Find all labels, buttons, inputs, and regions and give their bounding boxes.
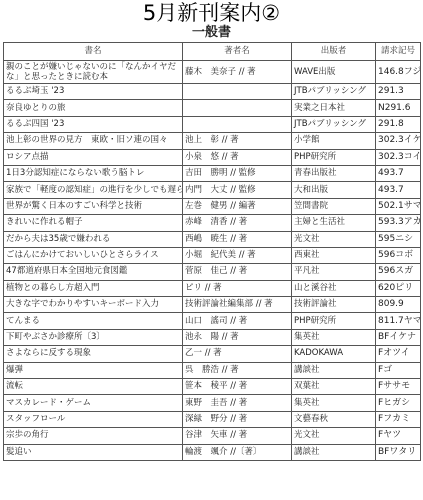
page-title: 5月新刊案内② bbox=[0, 0, 423, 26]
table-row: スタッフロール深緑 野分 // 著文藝春秋Fフカミ bbox=[4, 411, 421, 427]
author-cell: 吉田 勝明 // 監修 bbox=[183, 165, 292, 181]
call-number-cell: 302.3コイ bbox=[376, 149, 421, 165]
table-row: 流転笹本 稜平 // 著双葉社Fササモ bbox=[4, 379, 421, 395]
author-cell: 藤木 美奈子 // 著 bbox=[183, 61, 292, 84]
table-row: 世界が驚く日本のすごい科学と技術左巻 健男 // 編著笠間書院502.1サマ bbox=[4, 198, 421, 214]
table-row: だから夫は35歳で嫌われる西嶋 暁生 // 著光文社595ニシ bbox=[4, 231, 421, 247]
book-title-cell: マスカレード・ゲーム bbox=[4, 395, 183, 411]
author-cell: 西嶋 暁生 // 著 bbox=[183, 231, 292, 247]
call-number-cell: 302.3イケ bbox=[376, 133, 421, 149]
author-cell: 小堀 紀代美 // 著 bbox=[183, 247, 292, 263]
table-row: ロシア点描小泉 悠 // 著PHP研究所302.3コイ bbox=[4, 149, 421, 165]
call-number-cell: 595ニシ bbox=[376, 231, 421, 247]
publisher-cell: 講談社 bbox=[292, 444, 376, 460]
publisher-cell: 小学館 bbox=[292, 133, 376, 149]
author-cell: 赤峰 清香 // 著 bbox=[183, 215, 292, 231]
table-row: てんまる山口 謠司 // 著PHP研究所811.7ヤマ bbox=[4, 313, 421, 329]
table-row: 家族で「軽度の認知症」の進行を少しでも遅らせる本内門 大丈 // 監修大和出版4… bbox=[4, 182, 421, 198]
book-title-cell: 親のことが嫌いじゃないのに「なんかイヤだな」と思ったときに読む本 bbox=[4, 61, 183, 84]
call-number-cell: 620ピリ bbox=[376, 280, 421, 296]
publisher-cell: 山と溪谷社 bbox=[292, 280, 376, 296]
publisher-cell: KADOKAWA bbox=[292, 346, 376, 362]
header-title: 書名 bbox=[4, 43, 183, 61]
header-call-number: 請求記号 bbox=[376, 43, 421, 61]
publisher-cell: 集英社 bbox=[292, 395, 376, 411]
book-title-cell: るるぶ四国 '23 bbox=[4, 116, 183, 132]
call-number-cell: 809.9 bbox=[376, 297, 421, 313]
header-author: 著者名 bbox=[183, 43, 292, 61]
book-title-cell: 47都道府県日本全国地元食図鑑 bbox=[4, 264, 183, 280]
author-cell: 谷津 矢車 // 著 bbox=[183, 428, 292, 444]
author-cell: 笹本 稜平 // 著 bbox=[183, 379, 292, 395]
author-cell: 乙一 // 著 bbox=[183, 346, 292, 362]
author-cell bbox=[183, 100, 292, 116]
call-number-cell: N291.6 bbox=[376, 100, 421, 116]
table-row: 親のことが嫌いじゃないのに「なんかイヤだな」と思ったときに読む本藤木 美奈子 /… bbox=[4, 61, 421, 84]
publisher-cell: 西東社 bbox=[292, 247, 376, 263]
publisher-cell: 大和出版 bbox=[292, 182, 376, 198]
call-number-cell: 502.1サマ bbox=[376, 198, 421, 214]
book-title-cell: ごはんにかけておいしいひとさらライス bbox=[4, 247, 183, 263]
publisher-cell: 双葉社 bbox=[292, 379, 376, 395]
new-books-table: 書名 著者名 出版者 請求記号 親のことが嫌いじゃないのに「なんかイヤだな」と思… bbox=[3, 42, 421, 461]
table-row: 爆弾呉 勝浩 // 著講談社Fゴ bbox=[4, 362, 421, 378]
table-body: 親のことが嫌いじゃないのに「なんかイヤだな」と思ったときに読む本藤木 美奈子 /… bbox=[4, 61, 421, 461]
author-cell: 左巻 健男 // 編著 bbox=[183, 198, 292, 214]
table-row: マスカレード・ゲーム東野 圭吾 // 著集英社Fヒガシ bbox=[4, 395, 421, 411]
publisher-cell: 光文社 bbox=[292, 428, 376, 444]
table-row: 下町やぶさか診療所〔3〕池永 陽 // 著集英社BFイケナ bbox=[4, 329, 421, 345]
publisher-cell: PHP研究所 bbox=[292, 149, 376, 165]
book-title-cell: 家族で「軽度の認知症」の進行を少しでも遅らせる本 bbox=[4, 182, 183, 198]
call-number-cell: Fゴ bbox=[376, 362, 421, 378]
call-number-cell: 596スガ bbox=[376, 264, 421, 280]
author-cell: 菅原 佳己 // 著 bbox=[183, 264, 292, 280]
book-title-cell: 世界が驚く日本のすごい科学と技術 bbox=[4, 198, 183, 214]
book-title-cell: 下町やぶさか診療所〔3〕 bbox=[4, 329, 183, 345]
call-number-cell: Fササモ bbox=[376, 379, 421, 395]
book-title-cell: きれいに作れる帽子 bbox=[4, 215, 183, 231]
call-number-cell: 291.3 bbox=[376, 84, 421, 100]
book-title-cell: さよならに反する現象 bbox=[4, 346, 183, 362]
author-cell bbox=[183, 84, 292, 100]
publisher-cell: WAVE出版 bbox=[292, 61, 376, 84]
call-number-cell: 811.7ヤマ bbox=[376, 313, 421, 329]
call-number-cell: 493.7 bbox=[376, 165, 421, 181]
author-cell: 呉 勝浩 // 著 bbox=[183, 362, 292, 378]
table-row: 奈良ゆとりの旅実業之日本社N291.6 bbox=[4, 100, 421, 116]
author-cell: ピリ // 著 bbox=[183, 280, 292, 296]
publisher-cell: 光文社 bbox=[292, 231, 376, 247]
call-number-cell: Fフカミ bbox=[376, 411, 421, 427]
table-row: るるぶ埼玉 '23JTBパブリッシング291.3 bbox=[4, 84, 421, 100]
call-number-cell: 596コボ bbox=[376, 247, 421, 263]
publisher-cell: JTBパブリッシング bbox=[292, 84, 376, 100]
author-cell: 山口 謠司 // 著 bbox=[183, 313, 292, 329]
table-row: 髪追い輪渡 颯介 //〔著〕講談社BFワタリ bbox=[4, 444, 421, 460]
table-row: るるぶ四国 '23JTBパブリッシング291.8 bbox=[4, 116, 421, 132]
book-title-cell: 池上彰の世界の見方 東欧・旧ソ連の国々 bbox=[4, 133, 183, 149]
table-row: 宗歩の角行谷津 矢車 // 著光文社Fヤツ bbox=[4, 428, 421, 444]
call-number-cell: 593.3アカ bbox=[376, 215, 421, 231]
publisher-cell: 講談社 bbox=[292, 362, 376, 378]
publisher-cell: 文藝春秋 bbox=[292, 411, 376, 427]
book-title-cell: てんまる bbox=[4, 313, 183, 329]
call-number-cell: Fヒガシ bbox=[376, 395, 421, 411]
publisher-cell: 技術評論社 bbox=[292, 297, 376, 313]
author-cell: 輪渡 颯介 //〔著〕 bbox=[183, 444, 292, 460]
call-number-cell: BFイケナ bbox=[376, 329, 421, 345]
table-row: 池上彰の世界の見方 東欧・旧ソ連の国々池上 彰 // 著小学館302.3イケ bbox=[4, 133, 421, 149]
call-number-cell: 291.8 bbox=[376, 116, 421, 132]
author-cell: 東野 圭吾 // 著 bbox=[183, 395, 292, 411]
author-cell: 内門 大丈 // 監修 bbox=[183, 182, 292, 198]
book-title-cell: ロシア点描 bbox=[4, 149, 183, 165]
author-cell bbox=[183, 116, 292, 132]
publisher-cell: 笠間書院 bbox=[292, 198, 376, 214]
table-row: 47都道府県日本全国地元食図鑑菅原 佳己 // 著平凡社596スガ bbox=[4, 264, 421, 280]
table-row: さよならに反する現象乙一 // 著KADOKAWAFオツイ bbox=[4, 346, 421, 362]
publisher-cell: 青春出版社 bbox=[292, 165, 376, 181]
book-title-cell: 髪追い bbox=[4, 444, 183, 460]
publisher-cell: 平凡社 bbox=[292, 264, 376, 280]
call-number-cell: Fヤツ bbox=[376, 428, 421, 444]
table-row: ごはんにかけておいしいひとさらライス小堀 紀代美 // 著西東社596コボ bbox=[4, 247, 421, 263]
book-title-cell: るるぶ埼玉 '23 bbox=[4, 84, 183, 100]
table-row: 植物との暮らし方超入門ピリ // 著山と溪谷社620ピリ bbox=[4, 280, 421, 296]
publisher-cell: 主婦と生活社 bbox=[292, 215, 376, 231]
book-title-cell: 1日3分認知症にならない歌う脳トレ bbox=[4, 165, 183, 181]
call-number-cell: BFワタリ bbox=[376, 444, 421, 460]
table-row: 1日3分認知症にならない歌う脳トレ吉田 勝明 // 監修青春出版社493.7 bbox=[4, 165, 421, 181]
publisher-cell: PHP研究所 bbox=[292, 313, 376, 329]
header-publisher: 出版者 bbox=[292, 43, 376, 61]
book-title-cell: 流転 bbox=[4, 379, 183, 395]
book-title-cell: 大きな字でわかりやすいキーボード入力 bbox=[4, 297, 183, 313]
table-row: 大きな字でわかりやすいキーボード入力技術評論社編集部 // 著技術評論社809.… bbox=[4, 297, 421, 313]
book-title-cell: 植物との暮らし方超入門 bbox=[4, 280, 183, 296]
author-cell: 池上 彰 // 著 bbox=[183, 133, 292, 149]
book-title-cell: 爆弾 bbox=[4, 362, 183, 378]
section-subtitle: 一般書 bbox=[0, 25, 423, 41]
author-cell: 技術評論社編集部 // 著 bbox=[183, 297, 292, 313]
author-cell: 小泉 悠 // 著 bbox=[183, 149, 292, 165]
book-title-cell: だから夫は35歳で嫌われる bbox=[4, 231, 183, 247]
publisher-cell: 実業之日本社 bbox=[292, 100, 376, 116]
publisher-cell: 集英社 bbox=[292, 329, 376, 345]
book-title-cell: 宗歩の角行 bbox=[4, 428, 183, 444]
call-number-cell: 146.8フジ bbox=[376, 61, 421, 84]
table-row: きれいに作れる帽子赤峰 清香 // 著主婦と生活社593.3アカ bbox=[4, 215, 421, 231]
author-cell: 池永 陽 // 著 bbox=[183, 329, 292, 345]
author-cell: 深緑 野分 // 著 bbox=[183, 411, 292, 427]
call-number-cell: Fオツイ bbox=[376, 346, 421, 362]
publisher-cell: JTBパブリッシング bbox=[292, 116, 376, 132]
book-title-cell: 奈良ゆとりの旅 bbox=[4, 100, 183, 116]
table-header-row: 書名 著者名 出版者 請求記号 bbox=[4, 43, 421, 61]
book-title-cell: スタッフロール bbox=[4, 411, 183, 427]
call-number-cell: 493.7 bbox=[376, 182, 421, 198]
